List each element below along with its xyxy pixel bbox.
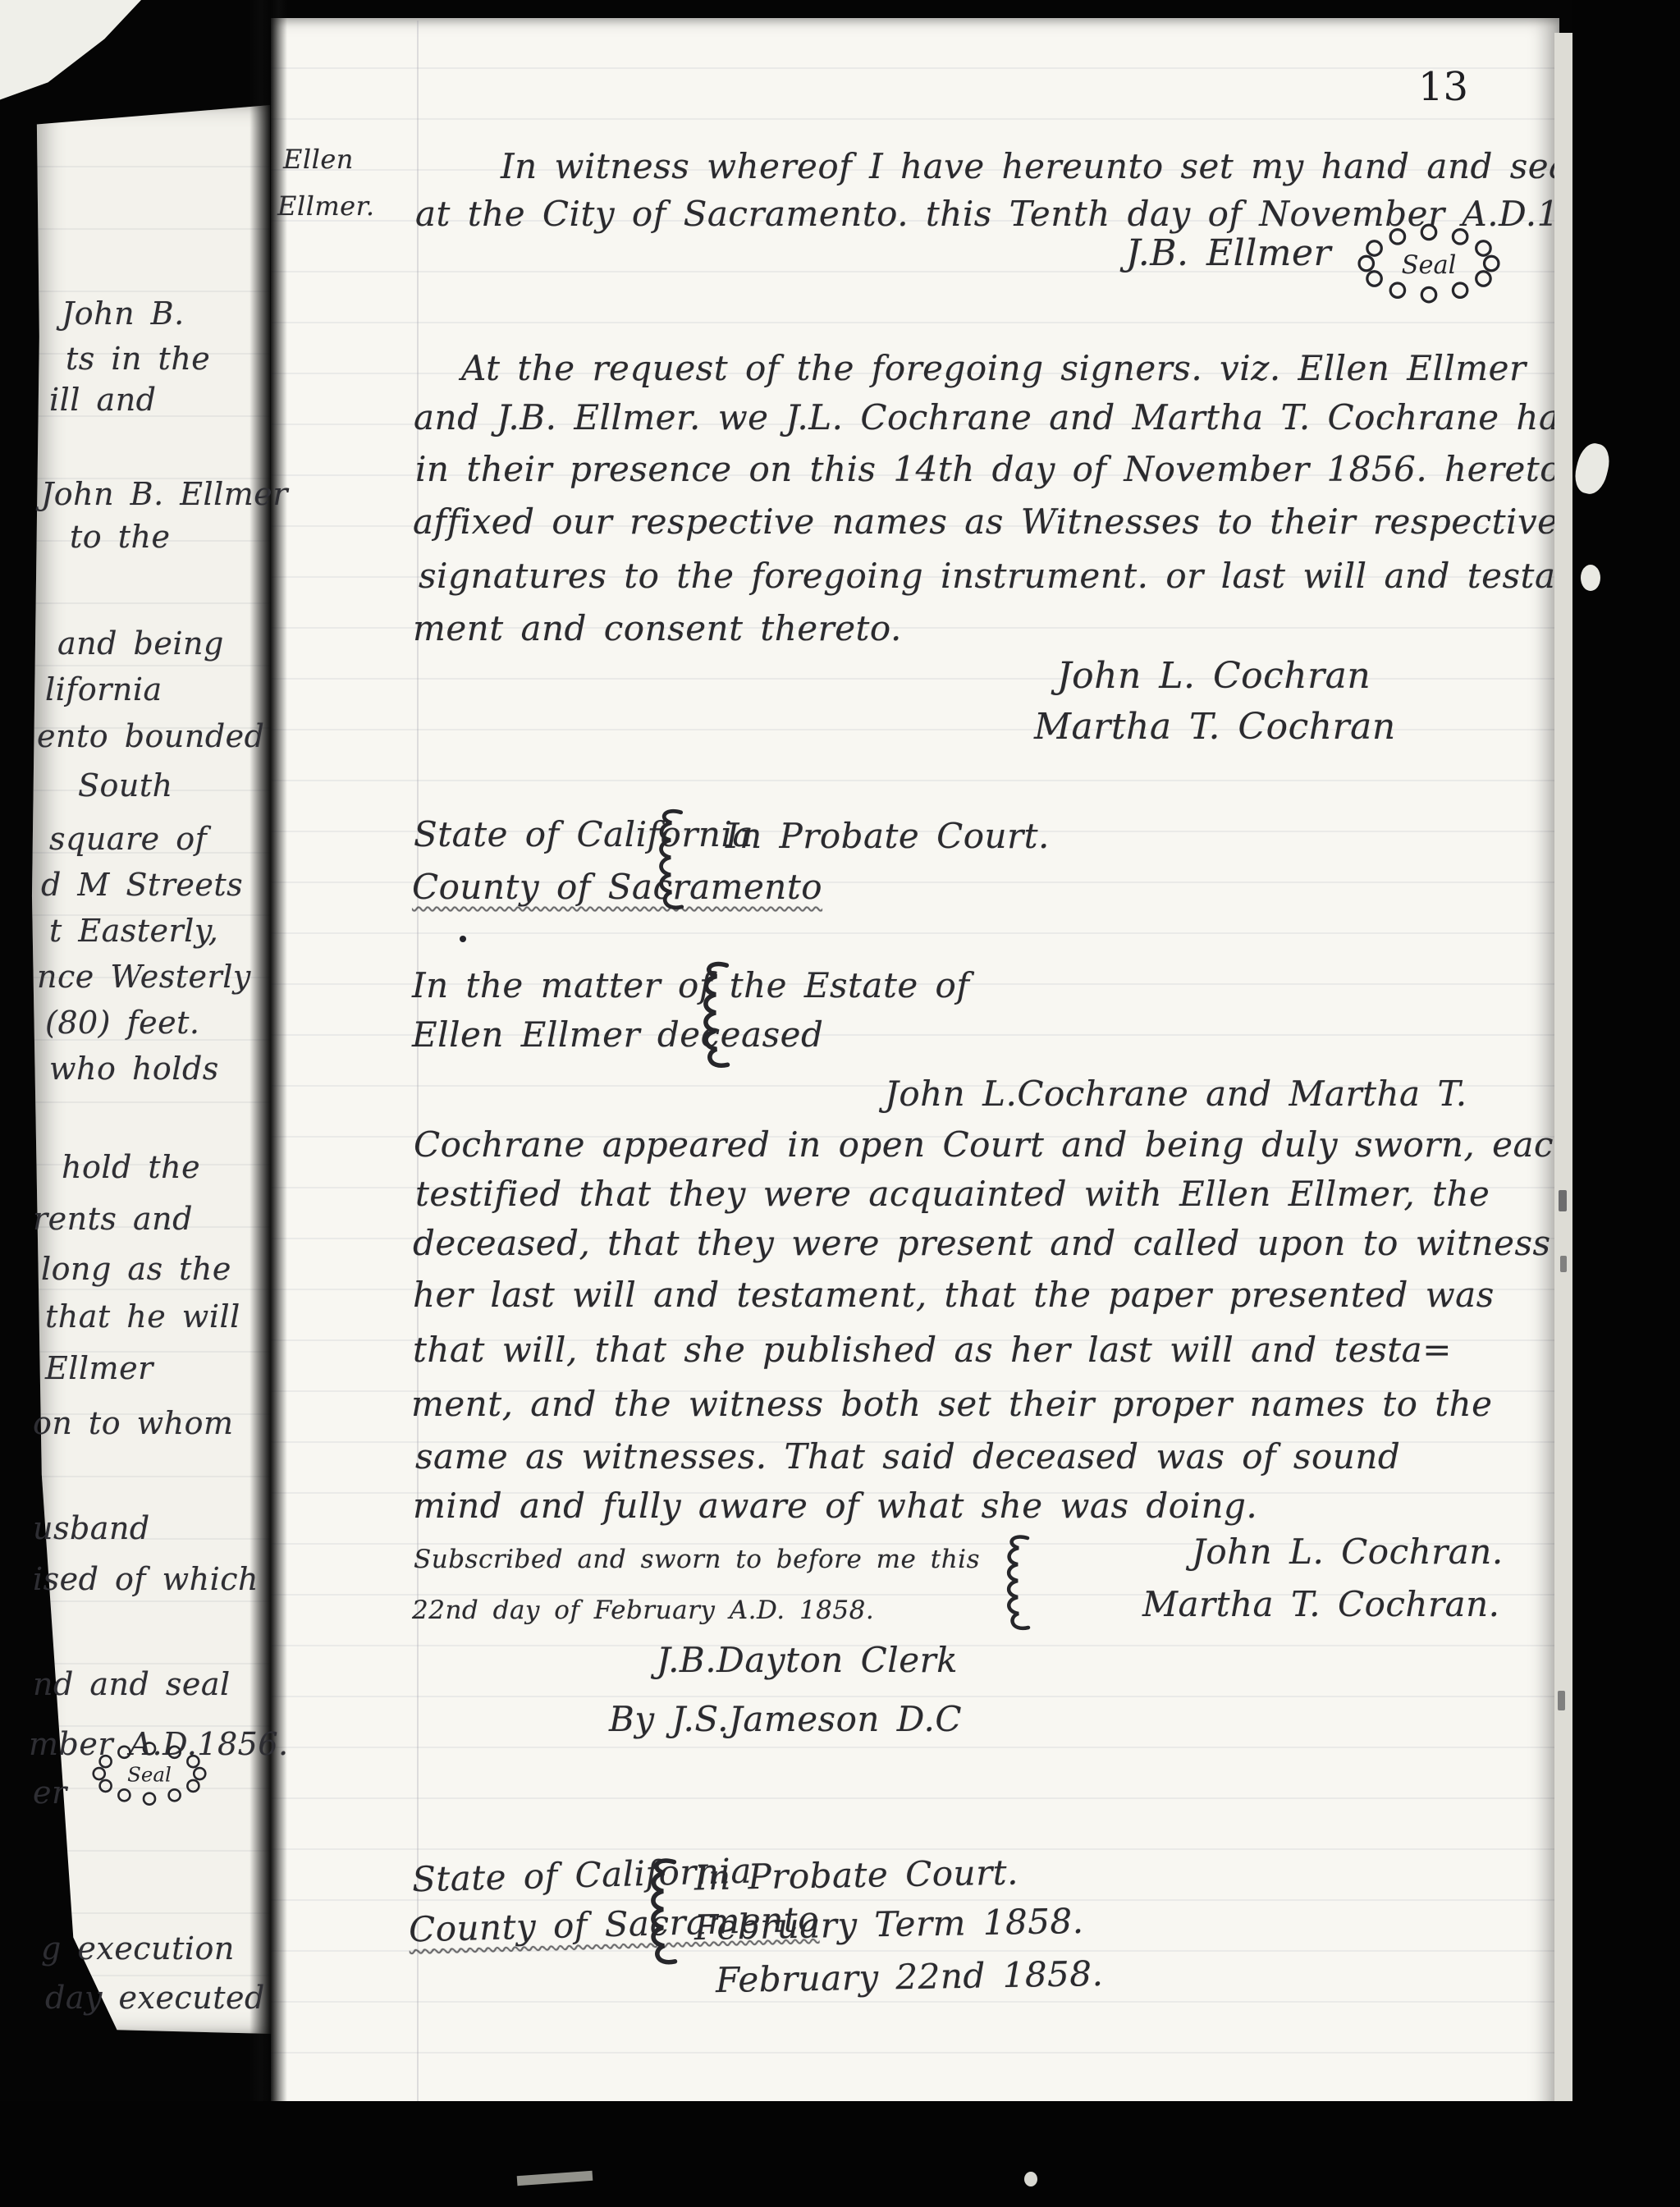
signature-john-cochran: John L. Cochran [1057,655,1371,697]
jurat-line: 22nd day of February A.D. 1858. [412,1596,874,1625]
caption-court: In Probate Court. [694,1852,1019,1898]
paper-speck [1581,565,1600,591]
fragment-line: ill and [49,382,157,418]
fragment-line: to the [70,519,170,555]
margin-note: Ellmer. [277,190,375,222]
page-number: 13 [1418,64,1468,110]
caption-date: February 22nd 1858. [716,1953,1104,2000]
testimony-line: that will, that she published as her las… [413,1330,1452,1370]
brace-scribble-icon [699,954,732,1081]
seal-scribble-icon: Seal [92,1740,207,1807]
caption-court: In Probate Court. [726,816,1050,856]
brace-scribble-icon [647,1848,680,1980]
witness-clause-line: and J.B. Ellmer. we J.L. Cochrane and Ma… [414,397,1600,437]
fragment-line: on to whom [33,1405,234,1441]
matter-line: Ellen Ellmer deceased [412,1014,823,1055]
paper-speck [1024,2172,1037,2186]
fragment-line: ento bounded [37,718,264,754]
main-page [271,18,1559,2121]
page-edge-sliver [1554,33,1574,2101]
fragment-line: South [78,767,173,804]
edge-mark [1558,1691,1565,1710]
testimony-line: testified that they were acquainted with… [415,1174,1490,1214]
scanned-document-page: John B. ts in the ill and John B. Ellmer… [0,0,1680,2207]
ink-speck [460,936,466,942]
testimony-line: John L.Cochrane and Martha T. [885,1074,1467,1114]
seal-label: Seal [127,1763,172,1787]
witness-clause-line: ment and consent thereto. [413,608,902,648]
clerk-signature: J.B.Dayton Clerk [657,1640,958,1680]
jurat-line: Subscribed and sworn to before me this [414,1545,980,1574]
testimony-line: Cochrane appeared in open Court and bein… [414,1124,1577,1165]
signature-john-cochran: John L. Cochran. [1192,1532,1504,1572]
fragment-line: ised of which [33,1561,259,1597]
fragment-line: John B. Ellmer [41,476,288,512]
fragment-line: Ellmer [45,1350,153,1386]
fragment-line: long as the [41,1251,231,1287]
fragment-line: day executed [45,1980,265,2016]
signature-martha-cochran: Martha T. Cochran. [1142,1584,1500,1624]
witness-clause-line: affixed our respective names as Witnesse… [413,501,1559,542]
torn-corner-scrap [0,0,141,108]
caption-state: State of California [414,814,753,854]
matter-line: In the matter of the Estate of [412,965,969,1005]
testimony-line: same as witnesses. That said deceased wa… [415,1436,1400,1477]
fragment-line: rents and [33,1201,193,1237]
fragment-line: d M Streets [41,867,243,903]
margin-note: Ellen [283,144,354,175]
fragment-line: g execution [41,1930,235,1967]
edge-mark [1560,1256,1567,1272]
fragment-line: lifornia [45,671,163,707]
fragment-line: square of [49,821,207,857]
edge-mark [1559,1190,1567,1211]
fragment-line: John B. [62,295,185,332]
fragment-line: ts in the [66,341,210,377]
witness-clause-line: At the request of the foregoing signers.… [461,348,1527,388]
fragment-line: t Easterly, [49,913,218,949]
scan-background-bottom [0,2101,1680,2207]
brace-scribble-icon [1003,1523,1032,1646]
caption-county: County of Sacramento [412,867,822,907]
testimony-line: her last will and testament, that the pa… [413,1275,1495,1315]
scan-background-right [1572,0,1680,2207]
witness-clause-line: signatures to the foregoing instrument. … [419,556,1585,596]
seal-scribble-icon: Seal [1356,223,1502,304]
fragment-line: hold the [62,1149,200,1185]
testimony-line: mind and fully aware of what she was doi… [413,1486,1257,1526]
witness-clause-line: in their presence on this 14th day of No… [415,449,1561,489]
fragment-line: er [33,1774,67,1811]
fragment-line: who holds [49,1051,219,1087]
fragment-line: usband [33,1510,150,1546]
fragment-line: nd and seal [33,1666,231,1702]
attestation-line: In witness whereof I have hereunto set m… [501,146,1582,186]
fragment-line: nce Westerly [37,959,251,995]
brace-scribble-icon [655,804,686,919]
fragment-line: (80) feet. [45,1005,199,1041]
signature-jb-ellmer: J.B. Ellmer [1126,232,1331,274]
margin-rule-line [417,21,419,2118]
signature-martha-cochran: Martha T. Cochran [1034,706,1396,748]
caption-term: February Term 1858. [694,1901,1084,1948]
deputy-clerk-signature: By J.S.Jameson D.C [609,1699,962,1739]
testimony-line: ment, and the witness both set their pro… [411,1384,1493,1424]
testimony-line: deceased, that they were present and cal… [413,1223,1551,1263]
binding-gutter [249,0,287,2134]
fragment-line: and being [57,625,224,662]
seal-label: Seal [1402,251,1457,280]
fragment-line: that he will [45,1298,240,1335]
